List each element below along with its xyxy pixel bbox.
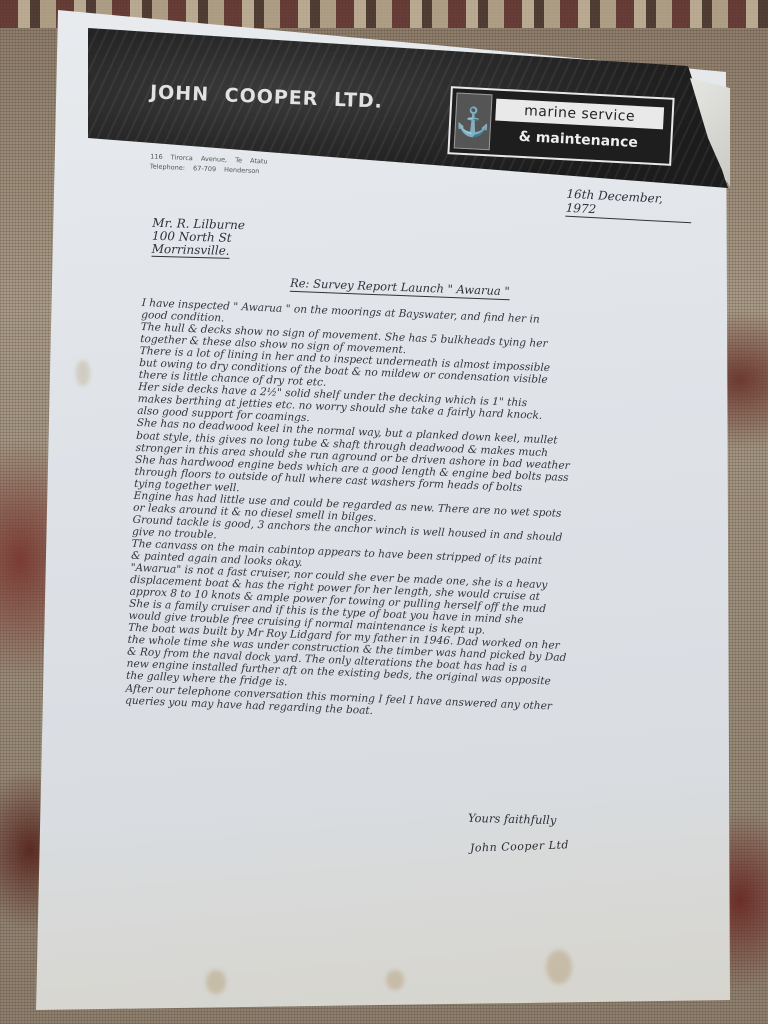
tagline-bottom: & maintenance <box>494 125 663 156</box>
paper-stain <box>546 950 572 984</box>
anchor-icon: ⚓ <box>454 92 493 150</box>
closing-salutation: Yours faithfully <box>468 811 557 827</box>
paper-crease <box>76 360 90 386</box>
paper-stain <box>386 970 404 990</box>
paper-stain <box>206 970 226 994</box>
brand-box: ⚓ marine service & maintenance <box>447 86 674 166</box>
tagline-top: marine service <box>495 99 664 130</box>
recipient-address: Mr. R. Lilburne 100 North St Morrinsvill… <box>151 217 245 259</box>
letter-body: I have inspected " Awarua " on the moori… <box>125 297 690 729</box>
recipient-town: Morrinsville. <box>151 243 229 259</box>
